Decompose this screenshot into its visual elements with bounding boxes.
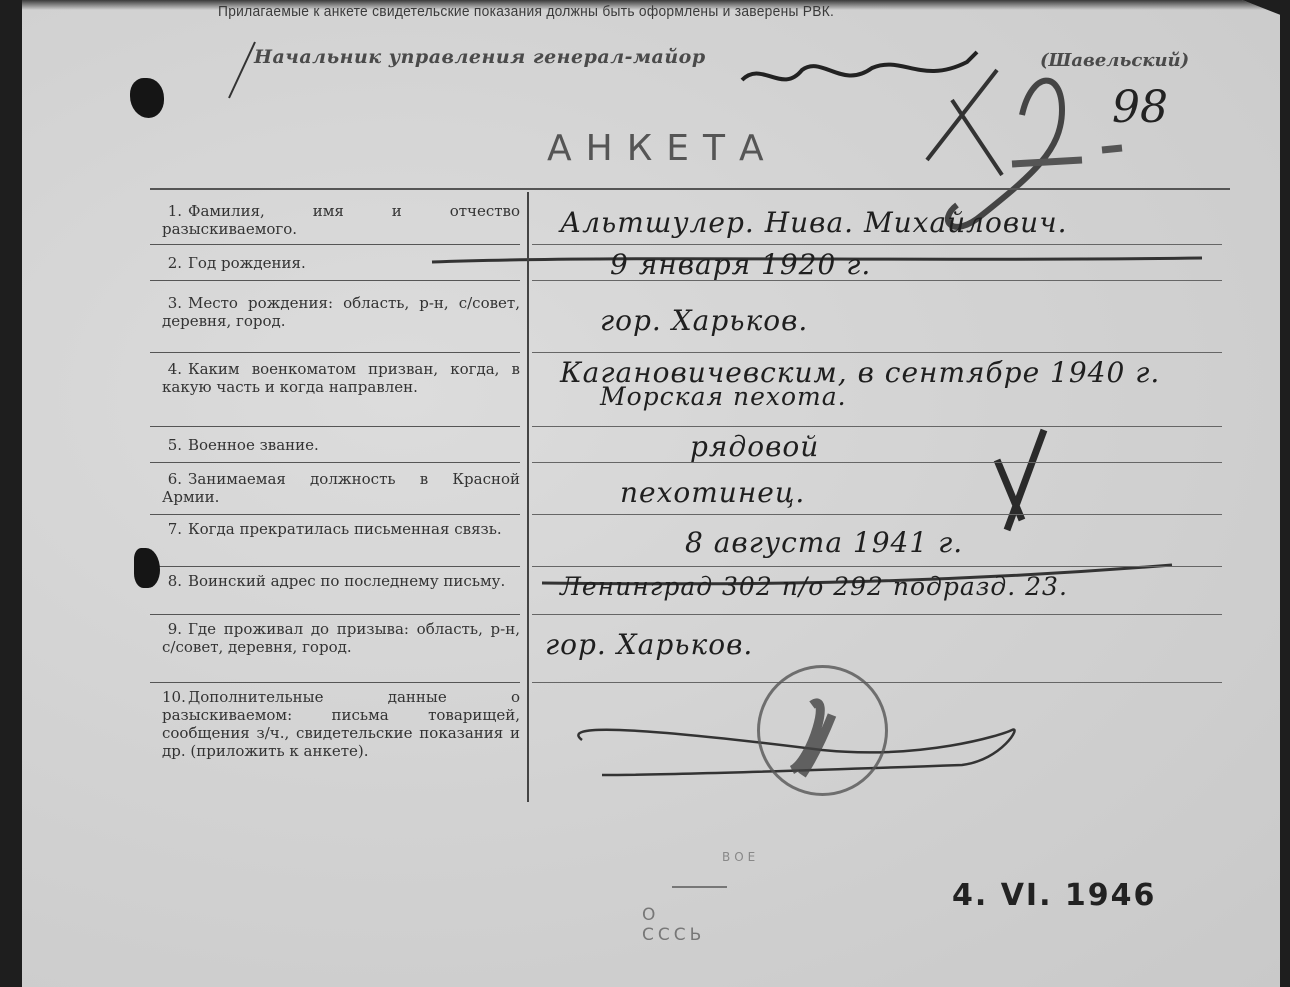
field-label: 6.Занимаемая должность в Красной Армии. (162, 470, 520, 506)
field-label: 8.Воинский адрес по последнему письму. (162, 572, 520, 590)
field-label: 5.Военное звание. (162, 436, 520, 454)
field-label: 2.Год рождения. (162, 254, 520, 272)
field-value: 9 января 1920 г. (610, 248, 871, 281)
round-stamp (757, 665, 888, 796)
field-label: 4.Каким военкоматом призван, когда, в ка… (162, 360, 520, 396)
field-label: 10.Дополнительные данные о разыскиваемом… (162, 688, 520, 760)
field-label: 7.Когда прекратилась письменная связь. (162, 520, 520, 538)
paper-hole (134, 548, 160, 588)
document-sheet: Прилагаемые к анкете свидетельские показ… (22, 0, 1280, 987)
field-value: Альтшулер. Нива. Михайлович. (560, 206, 1068, 239)
field-value: гор. Харьков. (600, 304, 808, 337)
field-value: рядовой (690, 430, 819, 463)
field-label: 1.Фамилия, имя и отчество разыскиваемого… (162, 202, 520, 238)
date-stamp: 4. VI. 1946 (952, 878, 1156, 913)
archive-number: 98 (1112, 82, 1168, 133)
field-label: 3.Место рождения: область, р-н, с/совет,… (162, 294, 520, 330)
form-title: АНКЕТА (547, 128, 778, 169)
column-divider (527, 192, 529, 802)
field-value: Ленинград 302 п/о 292 подразд. 23. (560, 572, 1068, 601)
field-value: 8 августа 1941 г. (685, 526, 963, 559)
field-value: гор. Харьков. (545, 628, 753, 661)
field-label: 9.Где проживал до призыва: область, р-н,… (162, 620, 520, 656)
paper-hole (130, 78, 164, 118)
table-top-rule (150, 188, 1230, 190)
field-value-2: Морская пехота. (600, 382, 847, 411)
field-value: пехотинец. (620, 476, 805, 509)
